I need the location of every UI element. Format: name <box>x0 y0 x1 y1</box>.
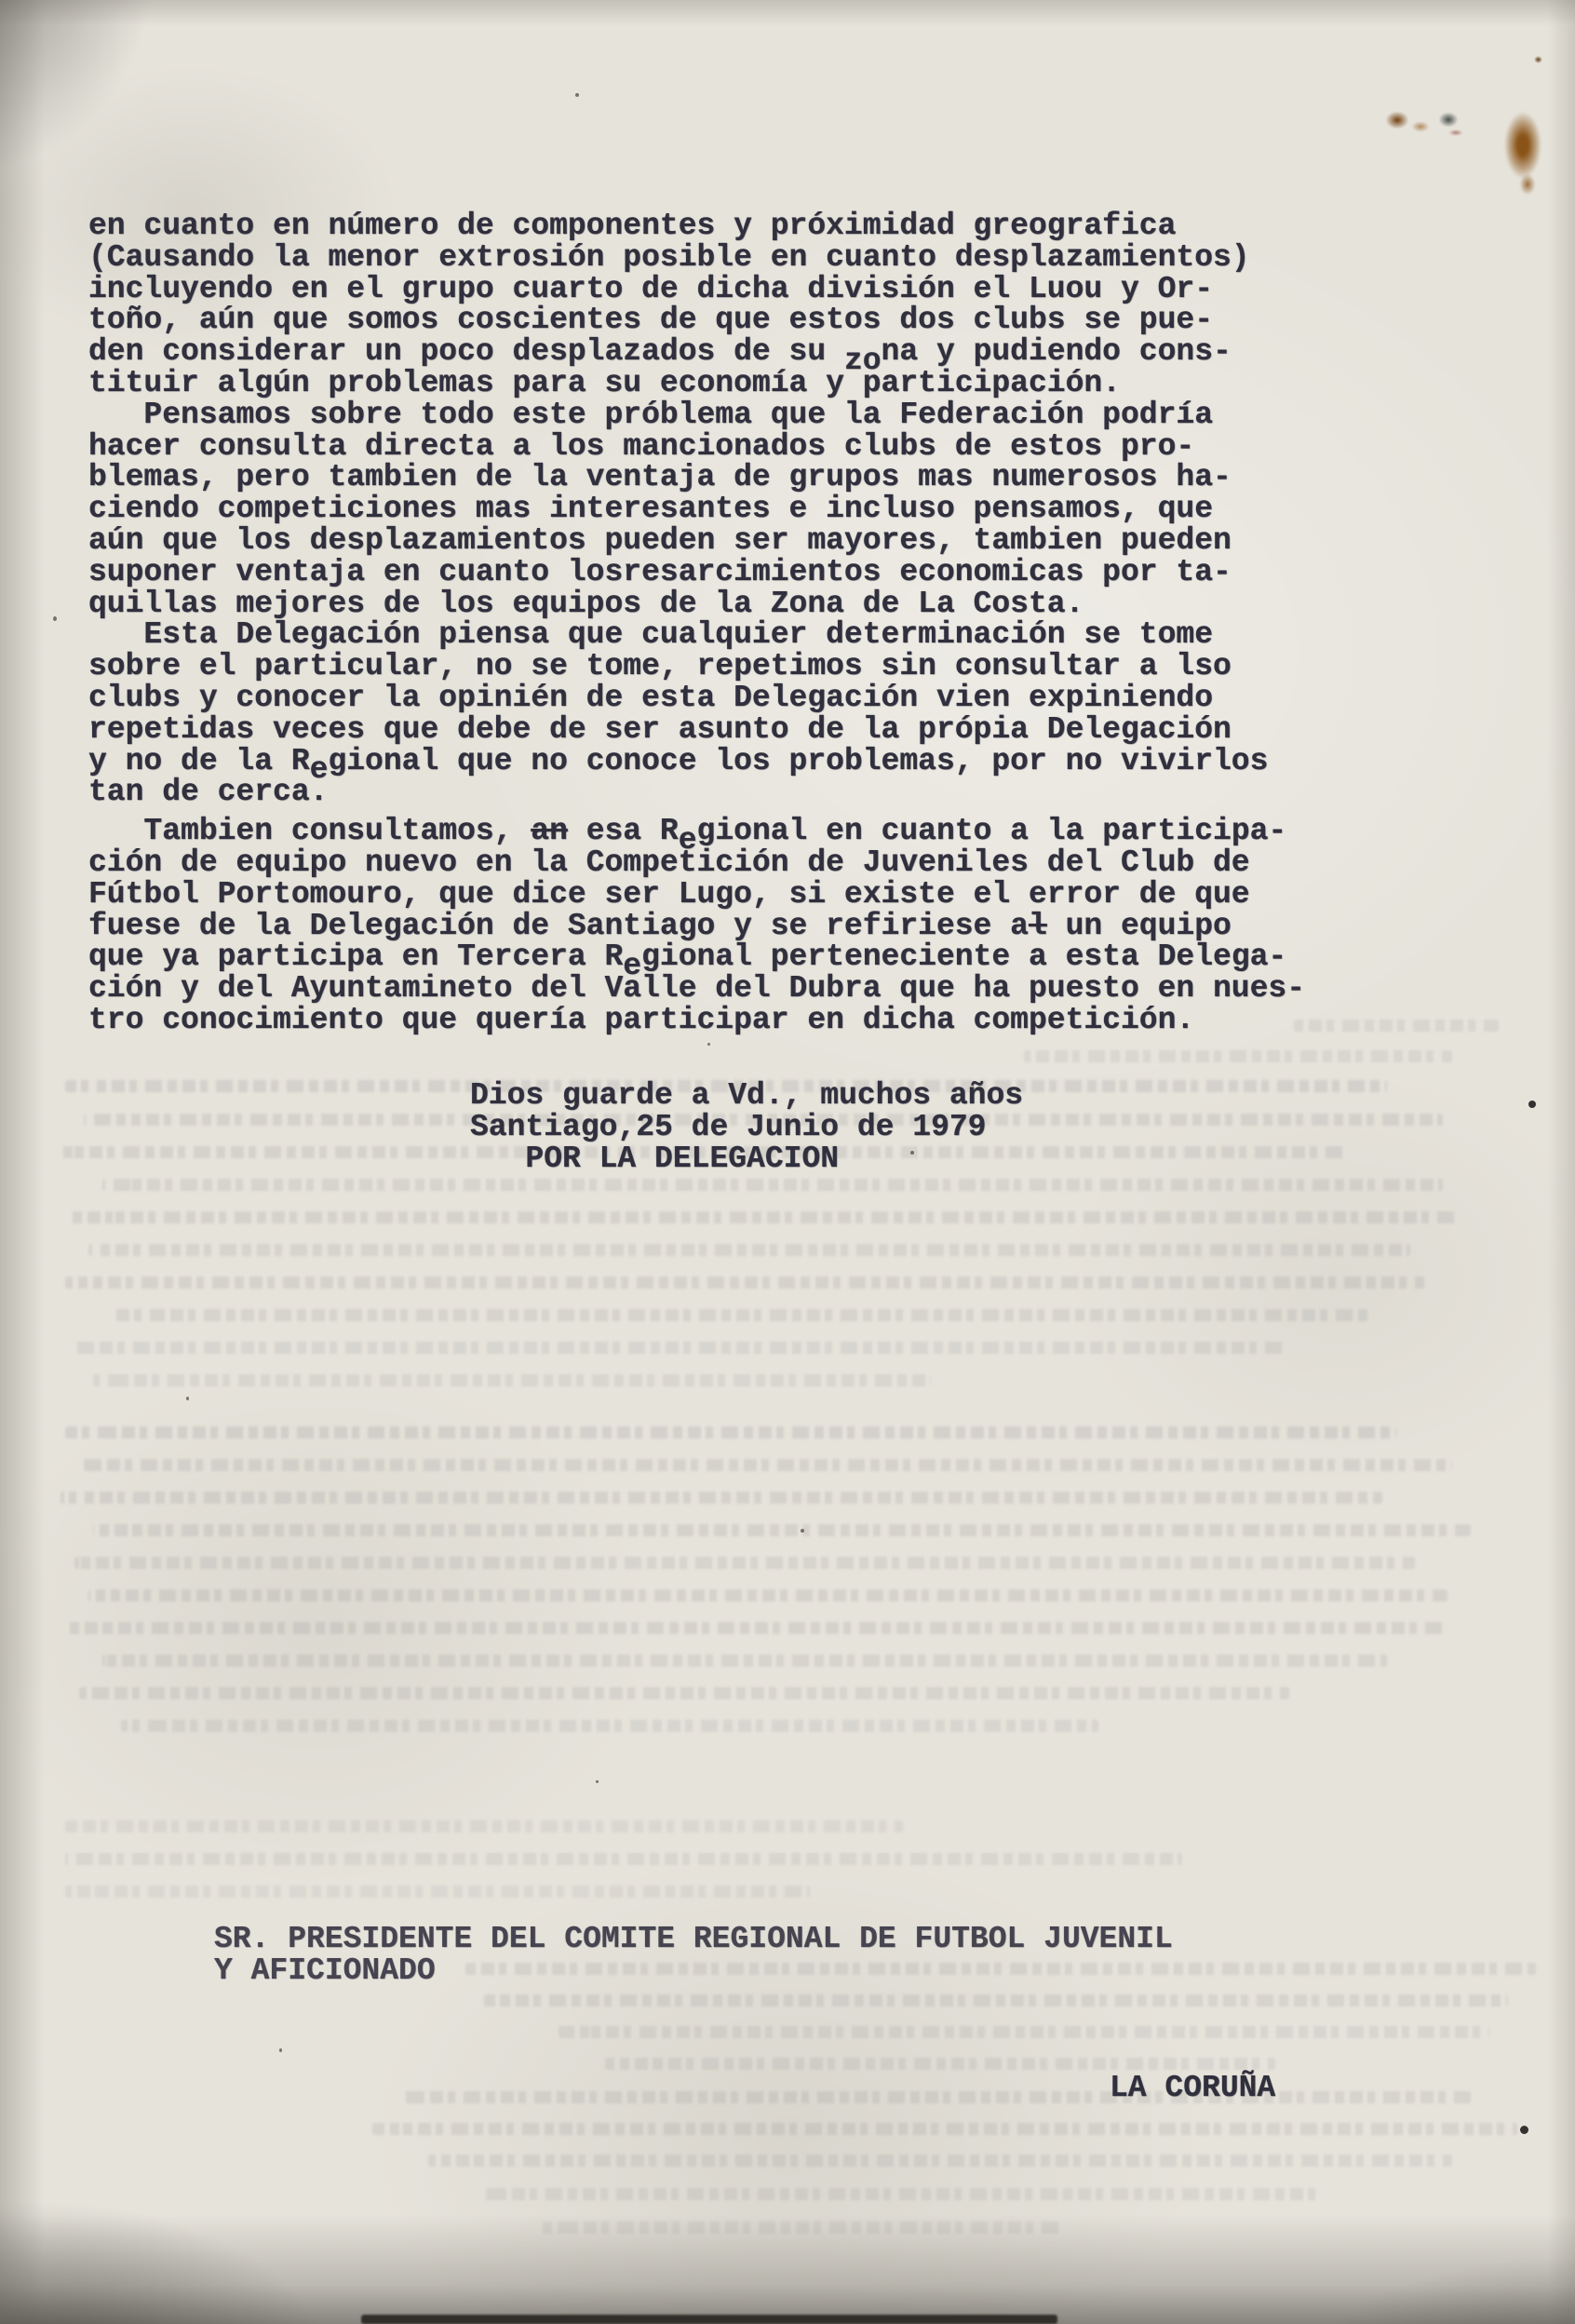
bleedthrough-line <box>65 1885 810 1898</box>
text-line: incluyendo en el grupo cuarto de dicha d… <box>88 274 1305 305</box>
bleedthrough-line <box>74 1342 1285 1354</box>
speck <box>53 616 57 621</box>
bleedthrough-line <box>1294 1020 1499 1032</box>
text-line: (Causando la menor extrosión posible en … <box>88 242 1305 274</box>
bleedthrough-line <box>484 1994 1508 2006</box>
text-line: Dios guarde a Vd., muchos años <box>470 1080 1023 1112</box>
bleedthrough-line <box>65 1277 1424 1289</box>
bleedthrough-line <box>70 1211 1457 1223</box>
closing-block: Dios guarde a Vd., muchos añosSantiago,2… <box>470 1080 1023 1174</box>
speck <box>801 1529 804 1533</box>
bleedthrough-line <box>65 1853 1182 1865</box>
letter-page: en cuanto en número de componentes y pró… <box>0 0 1575 2324</box>
bleedthrough-line <box>102 1179 1443 1191</box>
text-line: Pensamos sobre todo este próblema que la… <box>88 399 1305 431</box>
bleedthrough-line <box>112 1309 1368 1321</box>
text-line: aún que los desplazamientos pueden ser m… <box>88 525 1305 557</box>
paragraph: Pensamos sobre todo este próblema que la… <box>88 399 1305 620</box>
bleedthrough-line <box>372 2123 1517 2135</box>
bleedthrough-line <box>84 1459 1452 1471</box>
bleedthrough-line <box>61 1492 1382 1504</box>
bleedthrough-line <box>540 2222 1061 2234</box>
addressee-block: SR. PRESIDENTE DEL COMITE REGIONAL DE FU… <box>214 1924 1173 1987</box>
text-line: SR. PRESIDENTE DEL COMITE REGIONAL DE FU… <box>214 1924 1173 1955</box>
speck <box>707 1043 710 1046</box>
text-line: quillas mejores de los equipos de la Zon… <box>88 588 1305 620</box>
bleedthrough-line <box>88 1589 1447 1601</box>
ink-stain <box>1438 112 1459 128</box>
bleedthrough-line <box>121 1720 1098 1732</box>
speck <box>596 1780 599 1783</box>
paragraph: Tambien consultamos, an esa Regional en … <box>88 816 1305 1036</box>
text-line: Y AFICIONADO <box>214 1955 1173 1987</box>
bleedthrough-line <box>65 1820 903 1832</box>
rust-stain <box>1385 111 1409 129</box>
text-line: en cuanto en número de componentes y pró… <box>88 210 1305 242</box>
text-line: den considerar un poco desplazados de su… <box>88 336 1305 368</box>
bleedthrough-line <box>88 1244 1410 1256</box>
text-line: suponer ventaja en cuanto losresarcimien… <box>88 557 1305 588</box>
text-line: Esta Delegación piensa que cualquier det… <box>88 619 1305 651</box>
text-line: clubs y conocer la opinién de esta Deleg… <box>88 682 1305 714</box>
text-line: tituir algún problemas para su economía … <box>88 368 1305 399</box>
paragraph: en cuanto en número de componentes y pró… <box>88 210 1305 399</box>
text-line: que ya participa en Tercera Regional per… <box>88 941 1305 973</box>
letter-body: en cuanto en número de componentes y pró… <box>88 210 1305 1036</box>
bleedthrough-line <box>93 1524 1471 1536</box>
bleedthrough-line <box>428 2155 1452 2167</box>
speck <box>575 93 579 97</box>
bleedthrough-line <box>74 1557 1415 1569</box>
text-line: sobre el particular, no se tome, repetim… <box>88 651 1305 682</box>
text-line: tan de cerca. <box>88 777 1305 808</box>
text-line: POR LA DELEGACION <box>470 1143 1023 1175</box>
bleedthrough-line <box>65 1622 1443 1634</box>
bleedthrough-line <box>484 2188 1322 2200</box>
bleedthrough-line <box>93 1374 931 1386</box>
text-line: toño, aún que somos coscientes de que es… <box>88 304 1305 336</box>
text-line: Fútbol Portomouro, que dice ser Lugo, si… <box>88 879 1305 911</box>
speck <box>1528 1101 1536 1108</box>
rust-stain <box>1448 129 1463 136</box>
speck <box>279 2048 282 2052</box>
bleedthrough-line <box>559 2026 1489 2038</box>
text-line: fuese de la Delegación de Santiago y se … <box>88 911 1305 942</box>
paragraph: Esta Delegación piensa que cualquier det… <box>88 619 1305 808</box>
bleedthrough-line <box>1024 1050 1452 1062</box>
text-line: blemas, pero tambien de la ventaja de gr… <box>88 462 1305 493</box>
rust-speck <box>1534 56 1542 63</box>
bleedthrough-line <box>400 2091 1471 2103</box>
bleedthrough-line <box>79 1687 1289 1699</box>
speck <box>1520 2126 1528 2134</box>
text-line: y no de la Regional que no conoce los pr… <box>88 746 1305 777</box>
bleedthrough-line <box>102 1655 1387 1667</box>
speck <box>186 1397 189 1400</box>
scan-edge <box>361 2315 1057 2324</box>
text-line: Tambien consultamos, an esa Regional en … <box>88 816 1305 847</box>
bleedthrough-line <box>65 1426 1396 1439</box>
text-line: repetidas veces que debe de ser asunto d… <box>88 714 1305 746</box>
rust-stain <box>1411 121 1430 132</box>
text-line: tro conocimiento que quería participar e… <box>88 1005 1305 1036</box>
bleedthrough-line <box>605 2058 1275 2070</box>
rust-stain <box>1519 173 1536 196</box>
place-label: LA CORUÑA <box>1110 2073 1275 2104</box>
text-line: Santiago,25 de Junio de 1979 <box>470 1112 1023 1143</box>
text-line: hacer consulta directa a los mancionados… <box>88 431 1305 463</box>
rust-stain-large <box>1504 112 1541 179</box>
text-line: ción y del Ayuntamineto del Valle del Du… <box>88 973 1305 1005</box>
text-line: ciendo competiciones mas interesantes e … <box>88 493 1305 525</box>
